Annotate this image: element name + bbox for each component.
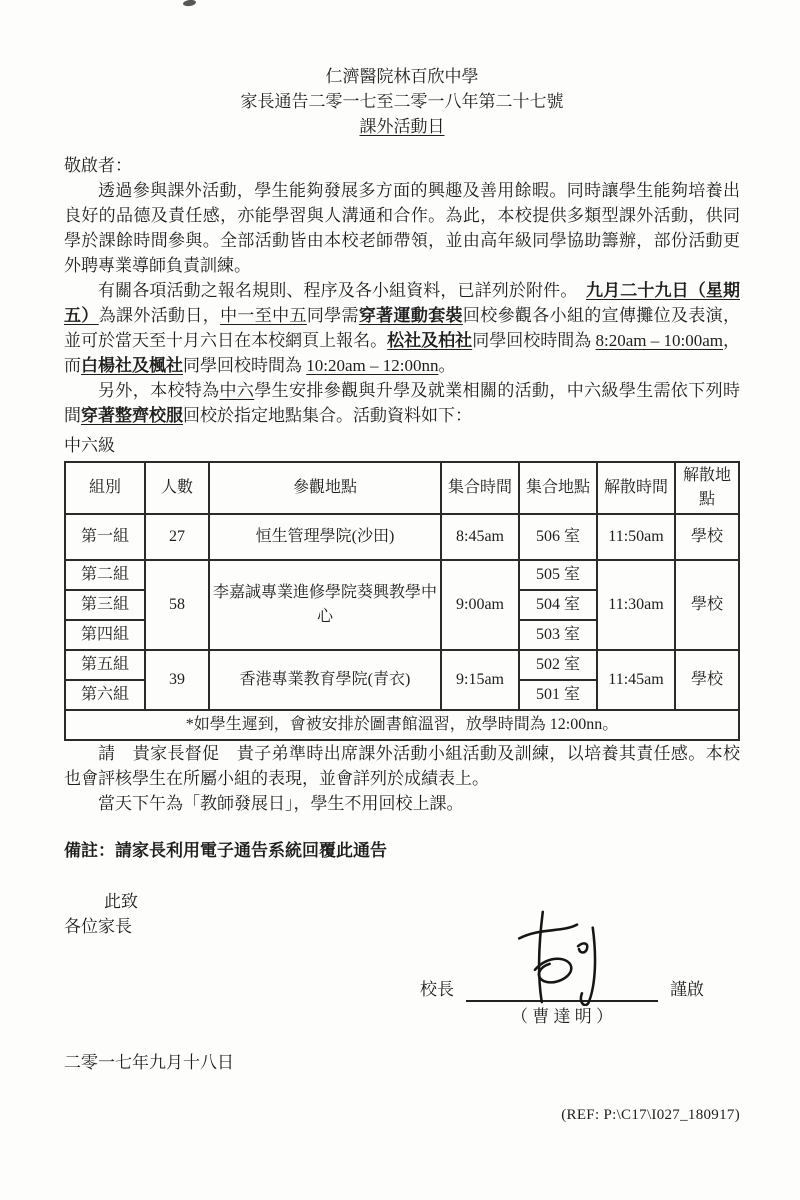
paragraph-activity-day: 有關各項活動之報名規則、程序及各小組資料，已詳列於附件。 九月二十九日（星期五）… bbox=[64, 278, 740, 378]
text-segment: 另外，本校特為 bbox=[98, 381, 220, 400]
remark-line: 備註：請家長利用電子通告系統回覆此通告 bbox=[64, 838, 740, 863]
assemble-time-cell: 9:15am bbox=[441, 650, 519, 710]
group-cell: 第四組 bbox=[65, 620, 145, 650]
reference-number: (REF: P:\C17\I027_180917) bbox=[64, 1103, 740, 1128]
assemble-room-cell: 504 室 bbox=[519, 590, 597, 620]
text-segment: 穿著運動套裝 bbox=[359, 306, 463, 325]
paragraph-pm-note: 當天下午為「教師發展日」，學生不用回校上課。 bbox=[64, 791, 740, 816]
text-segment: 松社及柏社 bbox=[387, 331, 472, 350]
dismiss-time-cell: 11:45am bbox=[597, 650, 675, 710]
text-segment: 同學回校時間為 bbox=[183, 356, 306, 375]
activity-schedule-table: 組別人數參觀地點集合時間集合地點解散時間解散地點 第一組27恒生管理學院(沙田)… bbox=[64, 461, 740, 741]
assemble-room-cell: 503 室 bbox=[519, 620, 597, 650]
text-segment: 中一至中五 bbox=[220, 306, 307, 325]
text-segment: 穿著整齊校服 bbox=[81, 406, 183, 425]
document-header: 仁濟醫院林百欣中學 家長通告二零一七至二零一八年第二十七號 課外活動日 bbox=[64, 64, 740, 139]
paragraph-s6-arrangement: 另外，本校特為中六學生安排參觀與升學及就業相關的活動，中六級學生需依下列時間穿著… bbox=[64, 378, 740, 428]
column-header: 集合地點 bbox=[519, 462, 597, 514]
text-segment: 同學需 bbox=[307, 306, 359, 325]
venue-cell: 恒生管理學院(沙田) bbox=[209, 514, 441, 560]
paragraph-intro: 透過參與課外活動，學生能夠發展多方面的興趣及善用餘暇。同時讓學生能夠培養出良好的… bbox=[64, 178, 740, 278]
dismiss-place-cell: 學校 bbox=[675, 650, 739, 710]
assemble-room-cell: 502 室 bbox=[519, 650, 597, 680]
dismiss-time-cell: 11:30am bbox=[597, 560, 675, 650]
text-segment: 10:20am – 12:00nn bbox=[306, 356, 438, 375]
text-segment: 8:20am – 10:00am bbox=[596, 331, 724, 350]
table-caption: 中六級 bbox=[64, 434, 740, 458]
table-header-row: 組別人數參觀地點集合時間集合地點解散時間解散地點 bbox=[65, 462, 739, 514]
column-header: 解散時間 bbox=[597, 462, 675, 514]
group-cell: 第三組 bbox=[65, 590, 145, 620]
assemble-time-cell: 9:00am bbox=[441, 560, 519, 650]
text-segment: 有關各項活動之報名規則、程序及各小組資料，已詳列於附件。 bbox=[98, 281, 586, 300]
dismiss-place-cell: 學校 bbox=[675, 560, 739, 650]
respectfully-label: 謹啟 bbox=[670, 977, 704, 1002]
principal-label: 校長 bbox=[420, 977, 454, 1002]
count-cell: 27 bbox=[145, 514, 209, 560]
group-cell: 第一組 bbox=[65, 514, 145, 560]
text-segment: 為課外活動日， bbox=[99, 306, 220, 325]
signature-row: 校長 （ 曹 達 明 ） 謹啟 bbox=[64, 977, 704, 1002]
group-cell: 第二組 bbox=[65, 560, 145, 590]
venue-cell: 李嘉誠專業進修學院葵興教學中心 bbox=[209, 560, 441, 650]
text-segment: 回校於指定地點集合。活動資料如下： bbox=[183, 406, 472, 425]
column-header: 參觀地點 bbox=[209, 462, 441, 514]
text-segment: 同學回校時間為 bbox=[472, 331, 595, 350]
notice-title: 課外活動日 bbox=[64, 114, 740, 139]
table-footnote-row: *如學生遲到，會被安排於圖書館溫習，放學時間為 12:00nn。 bbox=[65, 710, 739, 740]
group-cell: 第五組 bbox=[65, 650, 145, 680]
issue-date: 二零一七年九月十八日 bbox=[64, 1050, 740, 1075]
table-row: 第五組39香港專業教育學院(青衣)9:15am502 室11:45am學校 bbox=[65, 650, 739, 680]
assemble-room-cell: 506 室 bbox=[519, 514, 597, 560]
signature-line: （ 曹 達 明 ） bbox=[466, 978, 658, 1002]
school-name: 仁濟醫院林百欣中學 bbox=[64, 64, 740, 89]
document-page: 仁濟醫院林百欣中學 家長通告二零一七至二零一八年第二十七號 課外活動日 敬啟者：… bbox=[0, 0, 800, 1200]
scan-artifact bbox=[183, 0, 197, 7]
notice-number: 家長通告二零一七至二零一八年第二十七號 bbox=[64, 89, 740, 114]
count-cell: 58 bbox=[145, 560, 209, 650]
table-footnote: *如學生遲到，會被安排於圖書館溫習，放學時間為 12:00nn。 bbox=[65, 710, 739, 740]
valediction: 此致 bbox=[104, 889, 740, 914]
column-header: 集合時間 bbox=[441, 462, 519, 514]
assemble-time-cell: 8:45am bbox=[441, 514, 519, 560]
principal-signature bbox=[488, 908, 623, 1006]
text-segment: 。 bbox=[438, 356, 455, 375]
column-header: 解散地點 bbox=[675, 462, 739, 514]
column-header: 人數 bbox=[145, 462, 209, 514]
principal-name: （ 曹 達 明 ） bbox=[466, 1004, 658, 1029]
salutation: 敬啟者： bbox=[64, 153, 740, 178]
group-cell: 第六組 bbox=[65, 680, 145, 710]
assemble-room-cell: 501 室 bbox=[519, 680, 597, 710]
text-segment: 白楊社及楓社 bbox=[81, 356, 183, 375]
count-cell: 39 bbox=[145, 650, 209, 710]
paragraph-supervision: 請 貴家長督促 貴子弟準時出席課外活動小組活動及訓練，以培養其責任感。本校也會評… bbox=[64, 741, 740, 791]
addressee: 各位家長 bbox=[64, 914, 740, 939]
column-header: 組別 bbox=[65, 462, 145, 514]
venue-cell: 香港專業教育學院(青衣) bbox=[209, 650, 441, 710]
dismiss-place-cell: 學校 bbox=[675, 514, 739, 560]
table-row: 第二組58李嘉誠專業進修學院葵興教學中心9:00am505 室11:30am學校 bbox=[65, 560, 739, 590]
text-segment: 中六 bbox=[220, 381, 255, 400]
table-row: 第一組27恒生管理學院(沙田)8:45am506 室11:50am學校 bbox=[65, 514, 739, 560]
assemble-room-cell: 505 室 bbox=[519, 560, 597, 590]
dismiss-time-cell: 11:50am bbox=[597, 514, 675, 560]
